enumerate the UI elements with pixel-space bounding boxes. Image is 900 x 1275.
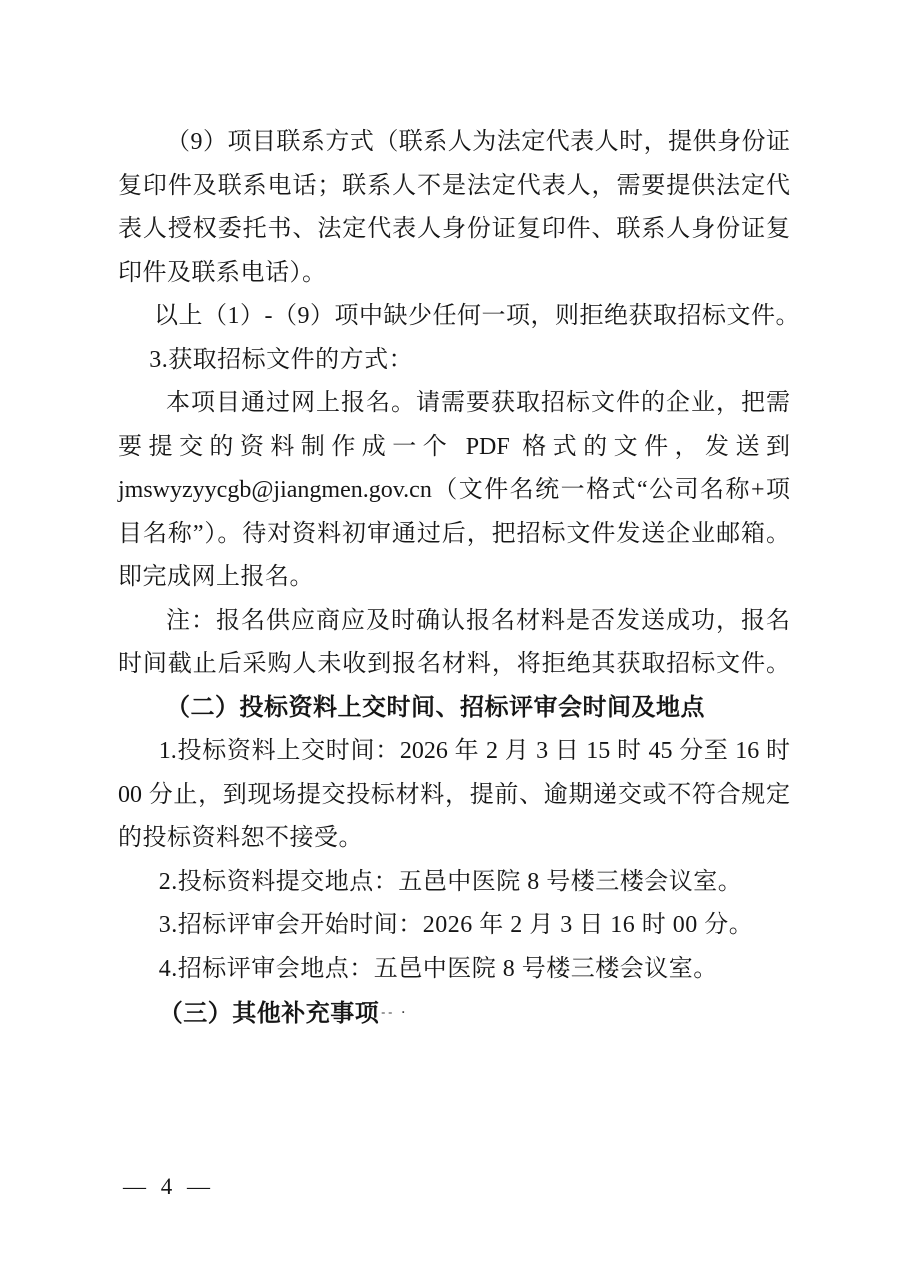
section-heading-3-label: （三）其他补充事项 — [159, 1001, 380, 1027]
list-item-1: 1.投标资料上交时间：2026 年 2 月 3 日 15 时 45 分至 16 … — [118, 730, 790, 774]
text-line: 表人授权委托书、法定代表人身份证复印件、联系人身份证复 — [118, 208, 790, 252]
list-item-3-heading: 3.获取招标文件的方式： — [118, 339, 790, 383]
text-line: 即完成网上报名。 — [118, 556, 790, 600]
list-item-2: 2.投标资料提交地点：五邑中医院 8 号楼三楼会议室。 — [118, 861, 790, 905]
section-heading-3: （三）其他补充事项-- · — [118, 991, 790, 1035]
note-line: 注：报名供应商应及时确认报名材料是否发送成功，报名 — [118, 600, 790, 644]
text-line: 目名称”）。待对资料初审通过后，把招标文件发送企业邮箱。 — [118, 513, 790, 557]
text-line: 复印件及联系电话；联系人不是法定代表人，需要提供法定代 — [118, 165, 790, 209]
page-number: — 4 — — [123, 1172, 210, 1202]
document-body: （9）项目联系方式（联系人为法定代表人时，提供身份证 复印件及联系电话；联系人不… — [118, 121, 790, 1035]
list-item-3: 3.招标评审会开始时间：2026 年 2 月 3 日 16 时 00 分。 — [118, 904, 790, 948]
document-page: （9）项目联系方式（联系人为法定代表人时，提供身份证 复印件及联系电话；联系人不… — [0, 0, 900, 1275]
text-line: 00 分止，到现场提交投标材料，提前、逾期递交或不符合规定 — [118, 774, 790, 818]
text-line: 时间截止后采购人未收到报名材料，将拒绝其获取招标文件。 — [118, 643, 790, 687]
list-item-4: 4.招标评审会地点：五邑中医院 8 号楼三楼会议室。 — [118, 948, 790, 992]
section-heading-2: （二）投标资料上交时间、招标评审会时间及地点 — [118, 687, 790, 731]
text-line: 印件及联系电话）。 — [118, 252, 790, 296]
text-line: （9）项目联系方式（联系人为法定代表人时，提供身份证 — [118, 121, 790, 165]
text-line: 的投标资料恕不接受。 — [118, 817, 790, 861]
text-line: 要提交的资料制作成一个 PDF 格式的文件，发送到 — [118, 426, 790, 470]
text-line: 以上（1）-（9）项中缺少任何一项，则拒绝获取招标文件。 — [118, 295, 790, 339]
scan-artifact: -- · — [381, 1005, 408, 1019]
email-line: jmswyzyycgb@jiangmen.gov.cn（文件名统一格式“公司名称… — [118, 469, 790, 513]
text-line: 本项目通过网上报名。请需要获取招标文件的企业，把需 — [118, 382, 790, 426]
